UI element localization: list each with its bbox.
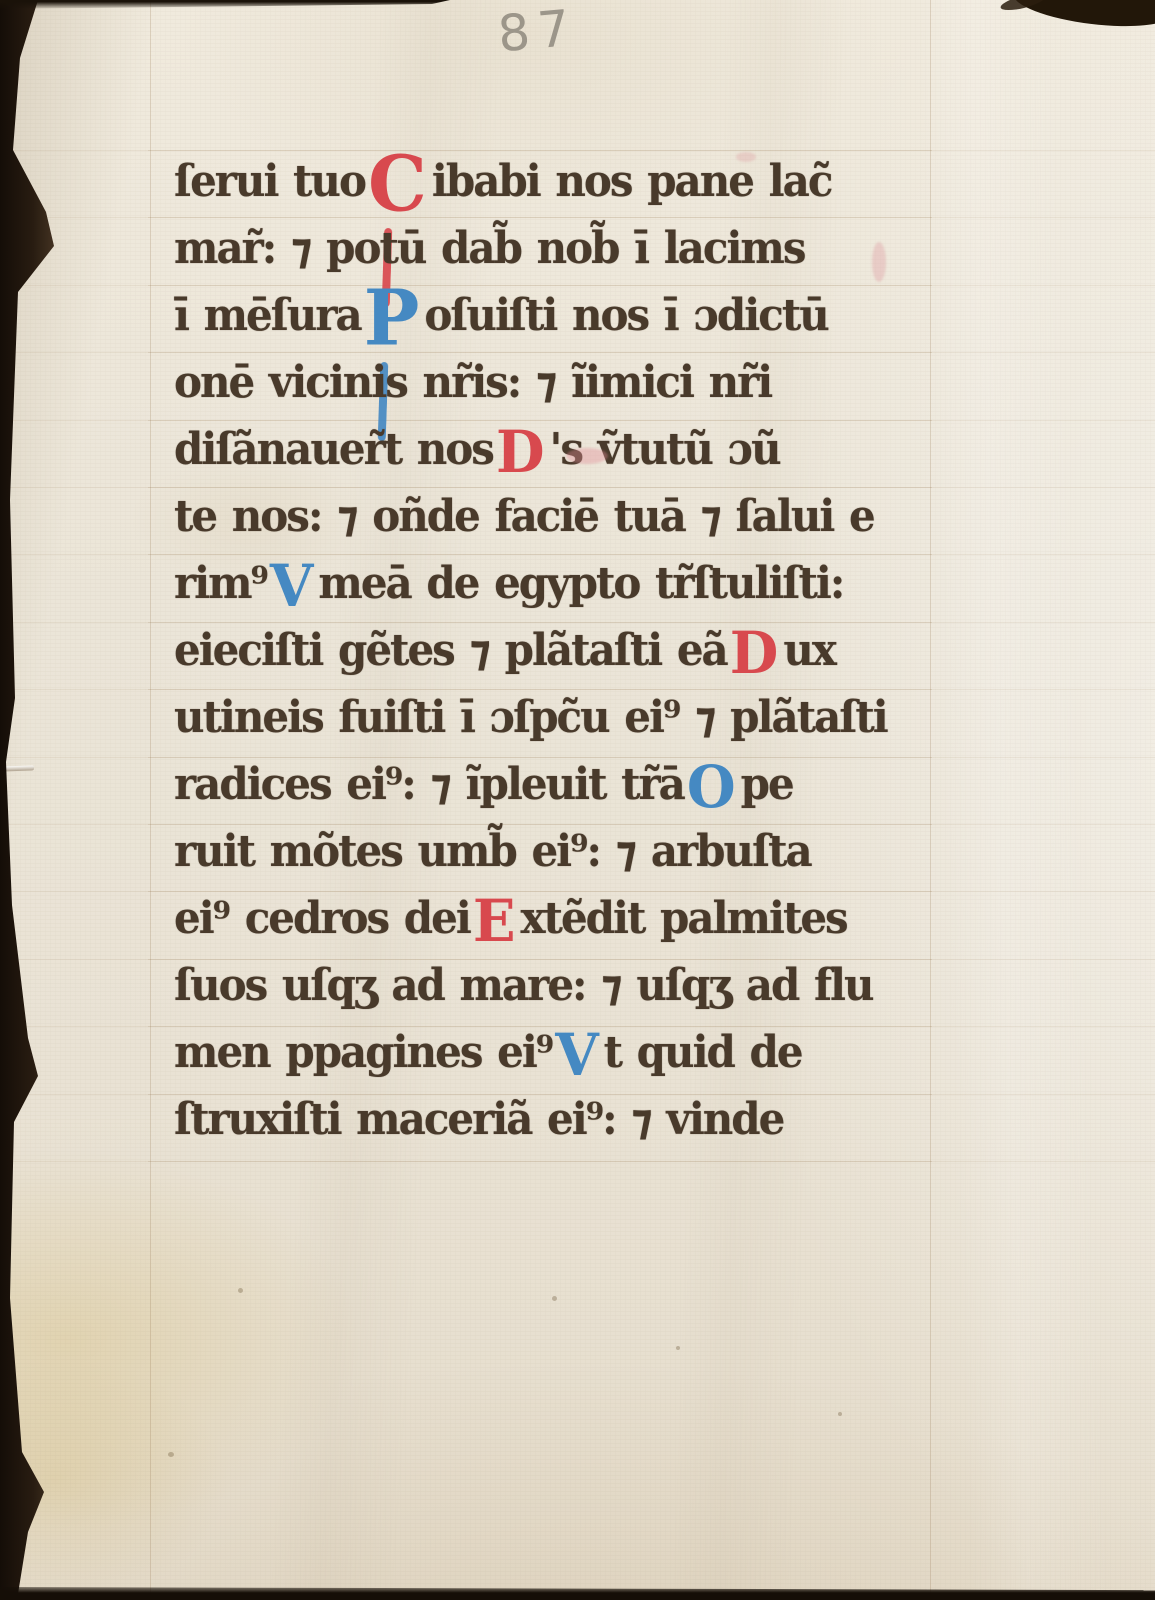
text-line: ſtruxiſti maceriã ei⁹: ⁊ vinde bbox=[174, 1087, 944, 1157]
text-line: radices ei⁹: ⁊ ĩpleuit tr̃āOpe bbox=[174, 752, 944, 822]
text-line: rim⁹Vmeā de egypto tr̃ſtuliſti: bbox=[174, 551, 944, 621]
text-segment: ei⁹ cedros dei bbox=[174, 892, 470, 943]
text-line: mar̃: ⁊ potū dab̃ nob̃ ī lacims bbox=[174, 216, 944, 286]
ruling-line-horizontal bbox=[0, 1161, 1155, 1162]
text-line: onē vicinis nr̃is: ⁊ ĩimici nr̃i bbox=[174, 350, 944, 420]
text-segment: radices ei⁹: ⁊ ĩpleuit tr̃ā bbox=[174, 758, 684, 809]
text-segment: ux bbox=[783, 624, 835, 675]
text-segment: ibabi nos pane lac̃ bbox=[432, 155, 832, 206]
text-segment: mar̃: ⁊ potū dab̃ nob̃ ī lacims bbox=[174, 222, 805, 273]
text-segment: utineis fuiſti ī ɔſpc̃u ei⁹ ⁊ plãtaſti bbox=[174, 691, 887, 742]
text-line: ſerui tuoCibabi nos pane lac̃ bbox=[174, 149, 944, 219]
text-block: ſerui tuoCibabi nos pane lac̃mar̃: ⁊ pot… bbox=[174, 149, 944, 1154]
text-segment: ruit mõtes umb̃ ei⁹: ⁊ arbuſta bbox=[174, 825, 811, 876]
text-segment: xtẽdit palmites bbox=[521, 892, 847, 943]
red-smudge bbox=[872, 242, 886, 282]
text-segment: ſuos uſqʒ ad mare: ⁊ uſqʒ ad flu bbox=[174, 959, 873, 1010]
manuscript-photo: 87 ſerui tuoCibabi nos pane lac̃mar̃: ⁊ … bbox=[0, 0, 1155, 1600]
folio-number: 87 bbox=[496, 0, 580, 63]
speck-stain bbox=[838, 1412, 842, 1416]
text-line: men ppagines ei⁹Vt quid de bbox=[174, 1020, 944, 1090]
text-line: utineis fuiſti ī ɔſpc̃u ei⁹ ⁊ plãtaſti bbox=[174, 685, 944, 755]
text-segment: meā de egypto tr̃ſtuliſti: bbox=[318, 557, 843, 608]
speck-stain bbox=[168, 1452, 174, 1457]
text-segment: onē vicinis nr̃is: ⁊ ĩimici nr̃i bbox=[174, 356, 771, 407]
text-segment: ſerui tuo bbox=[174, 155, 365, 206]
red-smudge bbox=[566, 448, 608, 464]
speck-stain bbox=[552, 1296, 557, 1301]
text-segment: ſtruxiſti maceriã ei⁹: ⁊ vinde bbox=[174, 1093, 783, 1144]
text-segment: te nos: ⁊ oñde faciē tuā ⁊ ſalui e bbox=[174, 490, 874, 541]
text-line: diſãnauer̃t nosD's ṽtutũ ɔũ bbox=[174, 417, 944, 487]
text-segment: rim⁹ bbox=[174, 557, 267, 608]
text-line: ī mēſuraPoſuiſti nos ī ɔdictū bbox=[174, 283, 944, 353]
text-line: eieciſti gẽtes ⁊ plãtaſti eãDux bbox=[174, 618, 944, 688]
text-segment: eieciſti gẽtes ⁊ plãtaſti eã bbox=[174, 624, 727, 675]
text-line: te nos: ⁊ oñde faciē tuā ⁊ ſalui e bbox=[174, 484, 944, 554]
text-segment: ī mēſura bbox=[174, 289, 361, 340]
text-segment: diſãnauer̃t nos bbox=[174, 423, 493, 474]
speck-stain bbox=[238, 1288, 243, 1293]
text-segment: t quid de bbox=[604, 1026, 802, 1077]
text-line: ſuos uſqʒ ad mare: ⁊ uſqʒ ad flu bbox=[174, 953, 944, 1023]
text-line: ruit mõtes umb̃ ei⁹: ⁊ arbuſta bbox=[174, 819, 944, 889]
text-segment: oſuiſti nos ī ɔdictū bbox=[424, 289, 827, 340]
ruling-line-vertical bbox=[150, 0, 151, 1600]
text-segment: pe bbox=[741, 758, 793, 809]
text-segment: men ppagines ei⁹ bbox=[174, 1026, 552, 1077]
text-line: ei⁹ cedros deiExtẽdit palmites bbox=[174, 886, 944, 956]
speck-stain bbox=[676, 1346, 680, 1350]
red-smudge bbox=[736, 152, 756, 162]
